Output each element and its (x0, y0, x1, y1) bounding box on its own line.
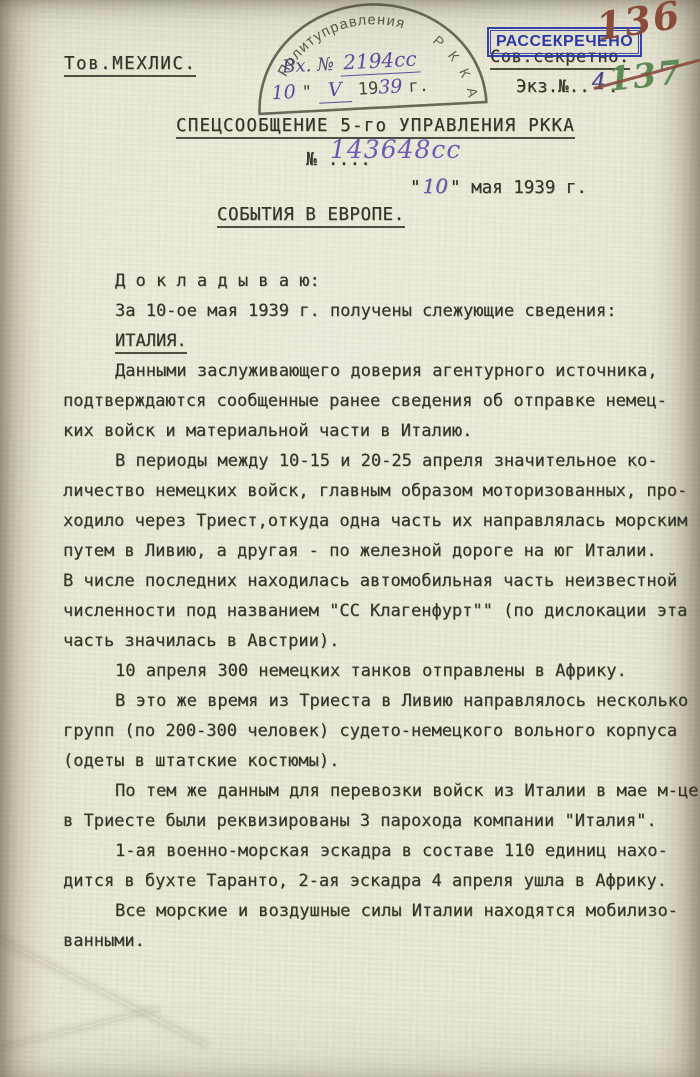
body-line: ких войск и материальной части в Италию. (63, 416, 699, 446)
date-day-handwritten: 10 (421, 174, 450, 198)
stamp-arc-text-rkka: РККА (429, 30, 483, 111)
body-line: 1-ая военно-морская эскадра в составе 11… (63, 836, 699, 866)
copy-label: Экз.№.. (516, 77, 590, 97)
body-line: Д о к л а д ы в а ю: (63, 266, 699, 296)
body-line: численности под названием "СС Клагенфурт… (63, 596, 699, 626)
paper-crease (0, 1008, 157, 1053)
document-number-line: № .... 143648сс (306, 149, 371, 170)
body-line: Данными заслуживающего доверия агентурно… (63, 356, 699, 386)
body-line: В это же время из Триеста в Ливию направ… (63, 686, 699, 716)
stamp-incoming-label: Вх. № (282, 54, 335, 78)
body-line: личество немецких войск, главным образом… (63, 476, 699, 506)
document-title: СПЕЦСООБЩЕНИЕ 5-го УПРАВЛЕНИЯ РККА (176, 116, 575, 139)
body-line: В числе последних находилась автомобильн… (63, 566, 699, 596)
body-line: Все морские и воздушные силы Италии нахо… (63, 896, 699, 926)
copy-number-handwritten: 4 (590, 70, 608, 95)
body-line: подтверждаются сообщенные ранее сведения… (63, 386, 699, 416)
body-line: По тем же данным для перевозки войск из … (63, 776, 699, 806)
stamp-incoming-value: 2194сс (340, 46, 421, 76)
svg-text:РККА: РККА (429, 30, 483, 111)
body-line: ванными. (63, 926, 699, 956)
body-line: (одеты в штатские костюмы). (63, 746, 699, 776)
body-line: За 10-ое мая 1939 г. получены слежующие … (63, 296, 699, 326)
body-line: групп (по 200-300 человек) судето-немецк… (63, 716, 699, 746)
body-line: путем в Ливию, а другая - по железной до… (63, 536, 699, 566)
stamp-month-handwritten: V (317, 78, 352, 104)
body-line: в Триесте были реквизированы 3 парохода … (63, 806, 699, 836)
body-line: дится в бухте Таранто, 2-ая эскадра 4 ап… (63, 866, 699, 896)
document-page: Тов.МЕХЛИС. Политуправления РККА Вх. № 2… (0, 0, 700, 1077)
body-line: ИТАЛИЯ. (63, 326, 699, 356)
body-line: 10 апреля 300 немецких танков отправлены… (63, 656, 699, 686)
body-line: В периоды между 10-15 и 20-25 апреля зна… (63, 446, 699, 476)
stamp-day-handwritten: 10 (271, 81, 296, 104)
document-number-handwritten: 143648сс (330, 135, 461, 164)
body-line: ходило через Триест,откуда одна часть их… (63, 506, 699, 536)
document-date: "10" мая 1939 г. (410, 174, 587, 198)
recipient-name: Тов.МЕХЛИС. (64, 54, 196, 77)
page-number-handwritten: 136 (593, 0, 684, 49)
subject-heading: СОБЫТИЯ В ЕВРОПЕ. (217, 205, 405, 228)
stamp-year-handwritten: 39 (378, 75, 403, 98)
incoming-registration-stamp: Политуправления РККА Вх. № 2194сс 10 " V… (245, 0, 496, 125)
body-lines: Д о к л а д ы в а ю:За 10-ое мая 1939 г.… (63, 266, 699, 956)
body-line: часть значилась в Австрии). (63, 626, 699, 656)
crossed-out-page-number: 137 (606, 52, 685, 99)
